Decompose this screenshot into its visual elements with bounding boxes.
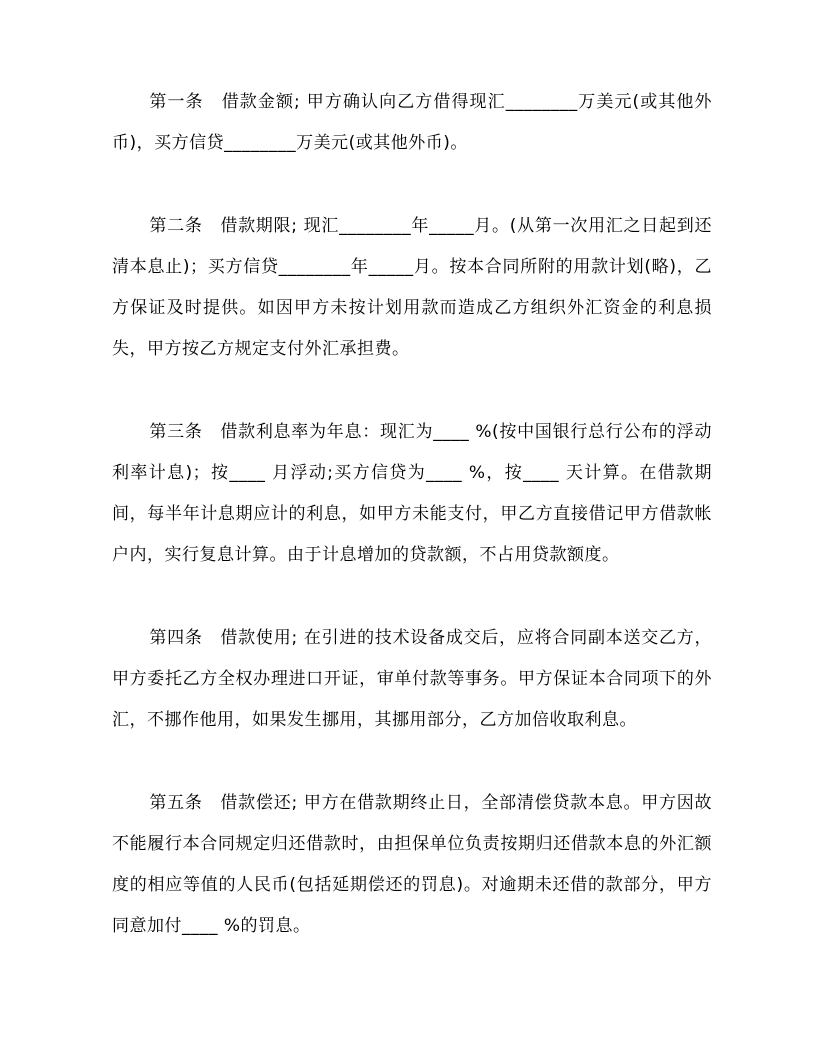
clause-1-loan-amount: 第一条 借款金额; 甲方确认向乙方借得现汇________万美元(或其他外币)，… <box>112 82 712 164</box>
document-page: 第一条 借款金额; 甲方确认向乙方借得现汇________万美元(或其他外币)，… <box>0 0 816 1056</box>
clause-2-loan-term: 第二条 借款期限; 现汇________年_____月。(从第一次用汇之日起到还… <box>112 206 712 370</box>
clause-4-loan-use: 第四条 借款使用; 在引进的技术设备成交后，应将合同副本送交乙方，甲方委托乙方全… <box>112 618 712 741</box>
clause-5-loan-repayment: 第五条 借款偿还; 甲方在借款期终止日，全部清偿贷款本息。甲方因故不能履行本合同… <box>112 783 712 947</box>
clause-3-interest-rate: 第三条 借款利息率为年息：现汇为____ %(按中国银行总行公布的浮动利率计息)… <box>112 412 712 576</box>
